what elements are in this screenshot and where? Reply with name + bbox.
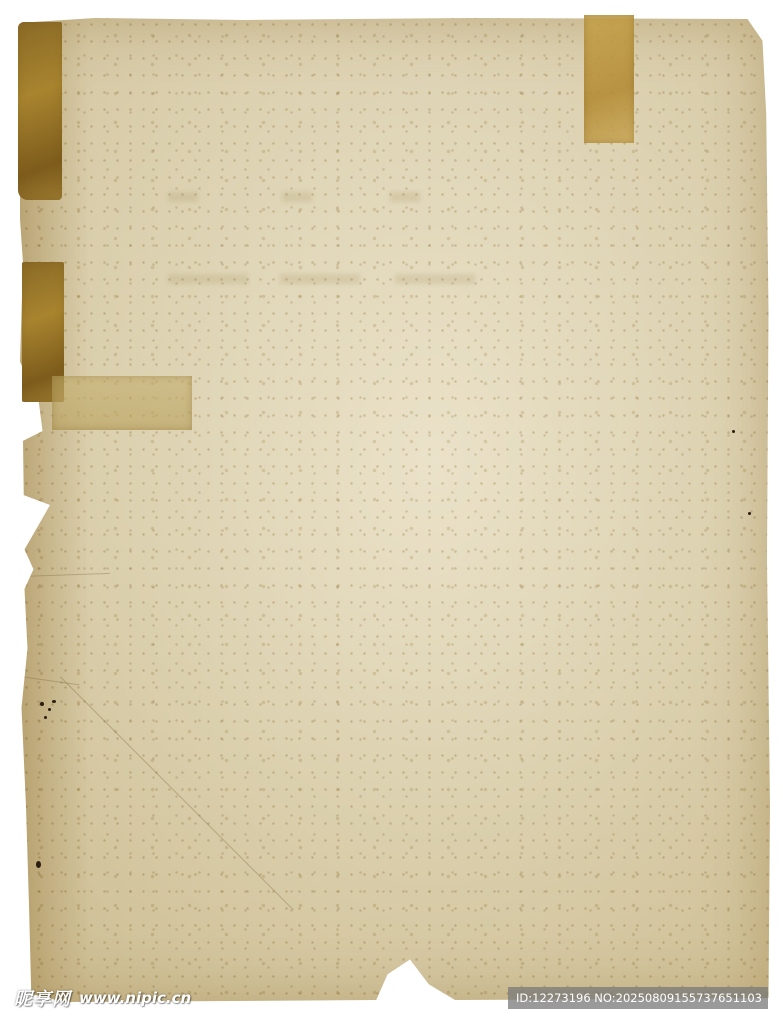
tape-strip-top-right <box>584 15 634 143</box>
faded-print-mark <box>282 192 312 202</box>
ink-spot <box>36 861 41 868</box>
torn-tape-top-left <box>18 22 62 200</box>
faded-print-mark <box>390 192 420 202</box>
ink-spot <box>748 512 751 515</box>
ink-spot <box>52 700 56 703</box>
watermark-logo: 昵享网 <box>14 985 71 1011</box>
faded-print-mark <box>280 274 360 284</box>
ink-spot <box>732 430 735 433</box>
paper-speckle-texture <box>20 16 770 1004</box>
watermark-id-bar: ID:12273196 NO:20250809155737651103 <box>508 987 768 1009</box>
aged-paper-sheet <box>20 16 770 1004</box>
ink-spot <box>44 716 47 719</box>
ink-spot <box>40 702 44 706</box>
watermark-url: www.nipic.cn <box>79 989 191 1007</box>
watermark-site: 昵享网 www.nipic.cn <box>14 987 191 1009</box>
faded-print-mark <box>168 274 248 284</box>
ink-spot <box>48 708 51 711</box>
faded-print-mark <box>395 274 475 284</box>
faded-print-mark <box>168 192 198 202</box>
tape-strip-horizontal <box>52 376 192 430</box>
